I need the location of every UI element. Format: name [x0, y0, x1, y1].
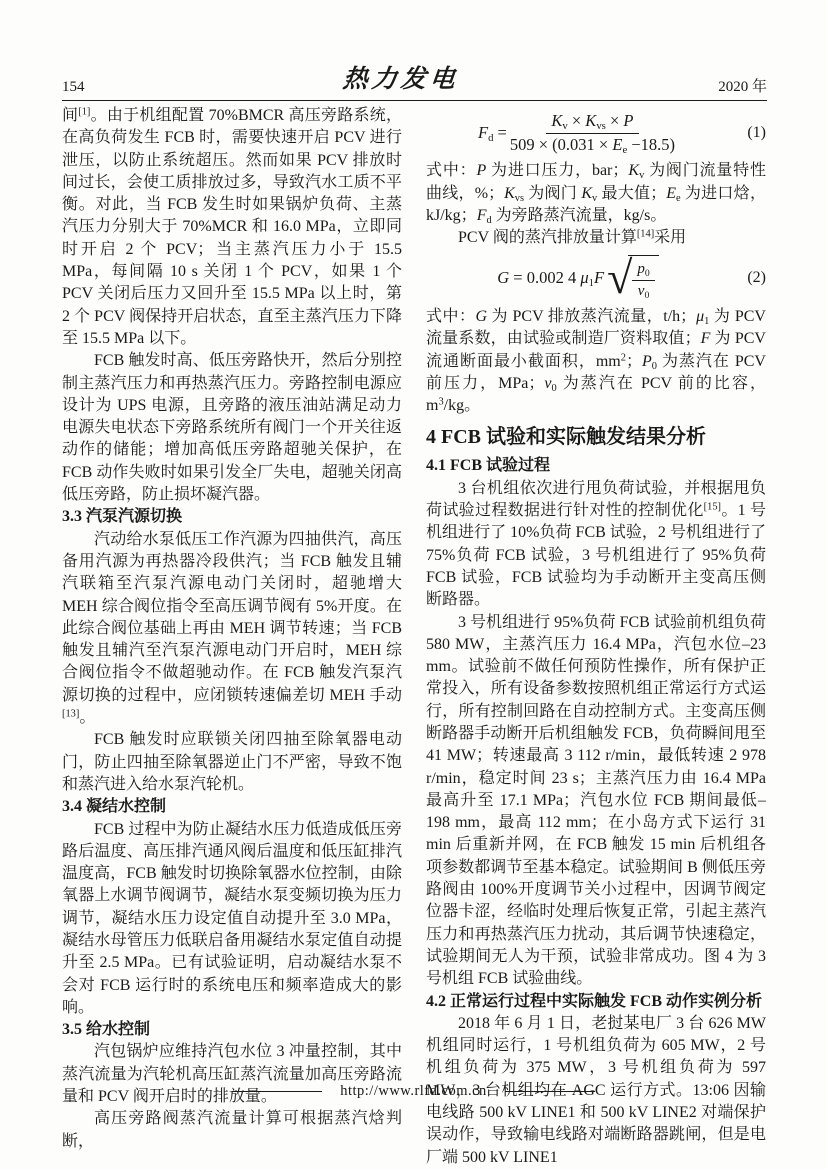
- radicand: p0 v0: [628, 255, 658, 301]
- section-heading-3-3: 3.3 汽泵汽源切换: [62, 506, 402, 528]
- paragraph: 式中：P 为进口压力，bar；Kv 为阀门流量特性曲线，%；Kvs 为阀门 Kv…: [426, 160, 766, 227]
- equation-2: G = 0.002 4 μ1F √ p0 v0 (2): [426, 255, 766, 301]
- fraction-denominator: v0: [638, 281, 650, 301]
- paragraph: 汽动给水泵低压工作汽源为四抽供汽，高压备用汽源为再热器冷段供汽；当 FCB 触发…: [62, 529, 402, 730]
- equation-number: (1): [730, 123, 766, 143]
- section-heading-3-4: 3.4 凝结水控制: [62, 796, 402, 818]
- footer-rule-left: [232, 1091, 322, 1092]
- paragraph: FCB 触发时应联锁关闭四抽至除氧器电动门，防止四抽至除氧器逆止门不严密，导致不…: [62, 729, 402, 796]
- equation-1: Fd = Kv × Kvs × P 509 × (0.031 × Ee −18.…: [426, 111, 766, 155]
- fraction: p0 v0: [632, 260, 654, 301]
- header-rule: [62, 100, 767, 101]
- left-column: 间[1]。由于机组配置 70%BMCR 高压旁路系统，在高负荷发生 FCB 时，…: [62, 105, 402, 1153]
- footer-rule-right: [505, 1091, 595, 1092]
- paragraph: 式中：G 为 PCV 排放蒸汽流量，t/h；μ1 为 PCV 流量系数，由试验或…: [426, 306, 766, 417]
- page-header: 154 热力发电 2020 年: [62, 62, 767, 96]
- section-heading-4-2: 4.2 正常运行过程中实际触发 FCB 动作实例分析: [426, 991, 766, 1013]
- equation-1-body: Fd = Kv × Kvs × P 509 × (0.031 × Ee −18.…: [426, 111, 730, 155]
- paper-page: 154 热力发电 2020 年 间[1]。由于机组配置 70%BMCR 高压旁路…: [0, 0, 827, 1169]
- section-heading-3-5: 3.5 给水控制: [62, 1019, 402, 1041]
- fraction-denominator: 509 × (0.031 × Ee −18.5): [510, 134, 675, 156]
- paragraph: PCV 阀的蒸汽排放量计算[14]采用: [426, 227, 766, 249]
- page-footer: http://www.rlfd.com.cn: [0, 1083, 827, 1100]
- section-heading-4: 4 FCB 试验和实际触发结果分析: [426, 424, 766, 450]
- paragraph: FCB 过程中为防止凝结水压力低造成低压旁路后温度、高压排汽通风阀后温度和低压缸…: [62, 819, 402, 1020]
- equation-2-body: G = 0.002 4 μ1F √ p0 v0: [426, 255, 730, 301]
- equation-number: (2): [730, 268, 766, 288]
- footer-url: http://www.rlfd.com.cn: [340, 1083, 487, 1100]
- paragraph: 3 台机组依次进行甩负荷试验，并根据甩负荷试验过程数据进行针对性的控制优化[15…: [426, 478, 766, 612]
- fraction-numerator: Kv × Kvs × P: [546, 111, 638, 134]
- right-column: Fd = Kv × Kvs × P 509 × (0.031 × Ee −18.…: [426, 105, 766, 1169]
- paragraph: 间[1]。由于机组配置 70%BMCR 高压旁路系统，在高负荷发生 FCB 时，…: [62, 105, 402, 350]
- paragraph: 高压旁路阀蒸汽流量计算可根据蒸汽焓判断，: [62, 1108, 402, 1153]
- equation-1-lhs: Fd =: [478, 123, 507, 144]
- equation-2-lhs: G = 0.002 4 μ1F: [497, 268, 604, 289]
- section-heading-4-1: 4.1 FCB 试验过程: [426, 455, 766, 477]
- header-year: 2020 年: [718, 75, 767, 96]
- paragraph: 3 号机组进行 95%负荷 FCB 试验前机组负荷 580 MW，主蒸汽压力 1…: [426, 612, 766, 991]
- fraction: Kv × Kvs × P 509 × (0.031 × Ee −18.5): [510, 111, 675, 155]
- journal-title: 热力发电: [341, 59, 461, 96]
- paragraph: FCB 触发时高、低压旁路快开，然后分别控制主蒸汽压力和再热蒸汽压力。旁路控制电…: [62, 350, 402, 506]
- page-number: 154: [62, 79, 85, 96]
- fraction-numerator: p0: [632, 260, 654, 281]
- square-root: √ p0 v0: [607, 255, 659, 301]
